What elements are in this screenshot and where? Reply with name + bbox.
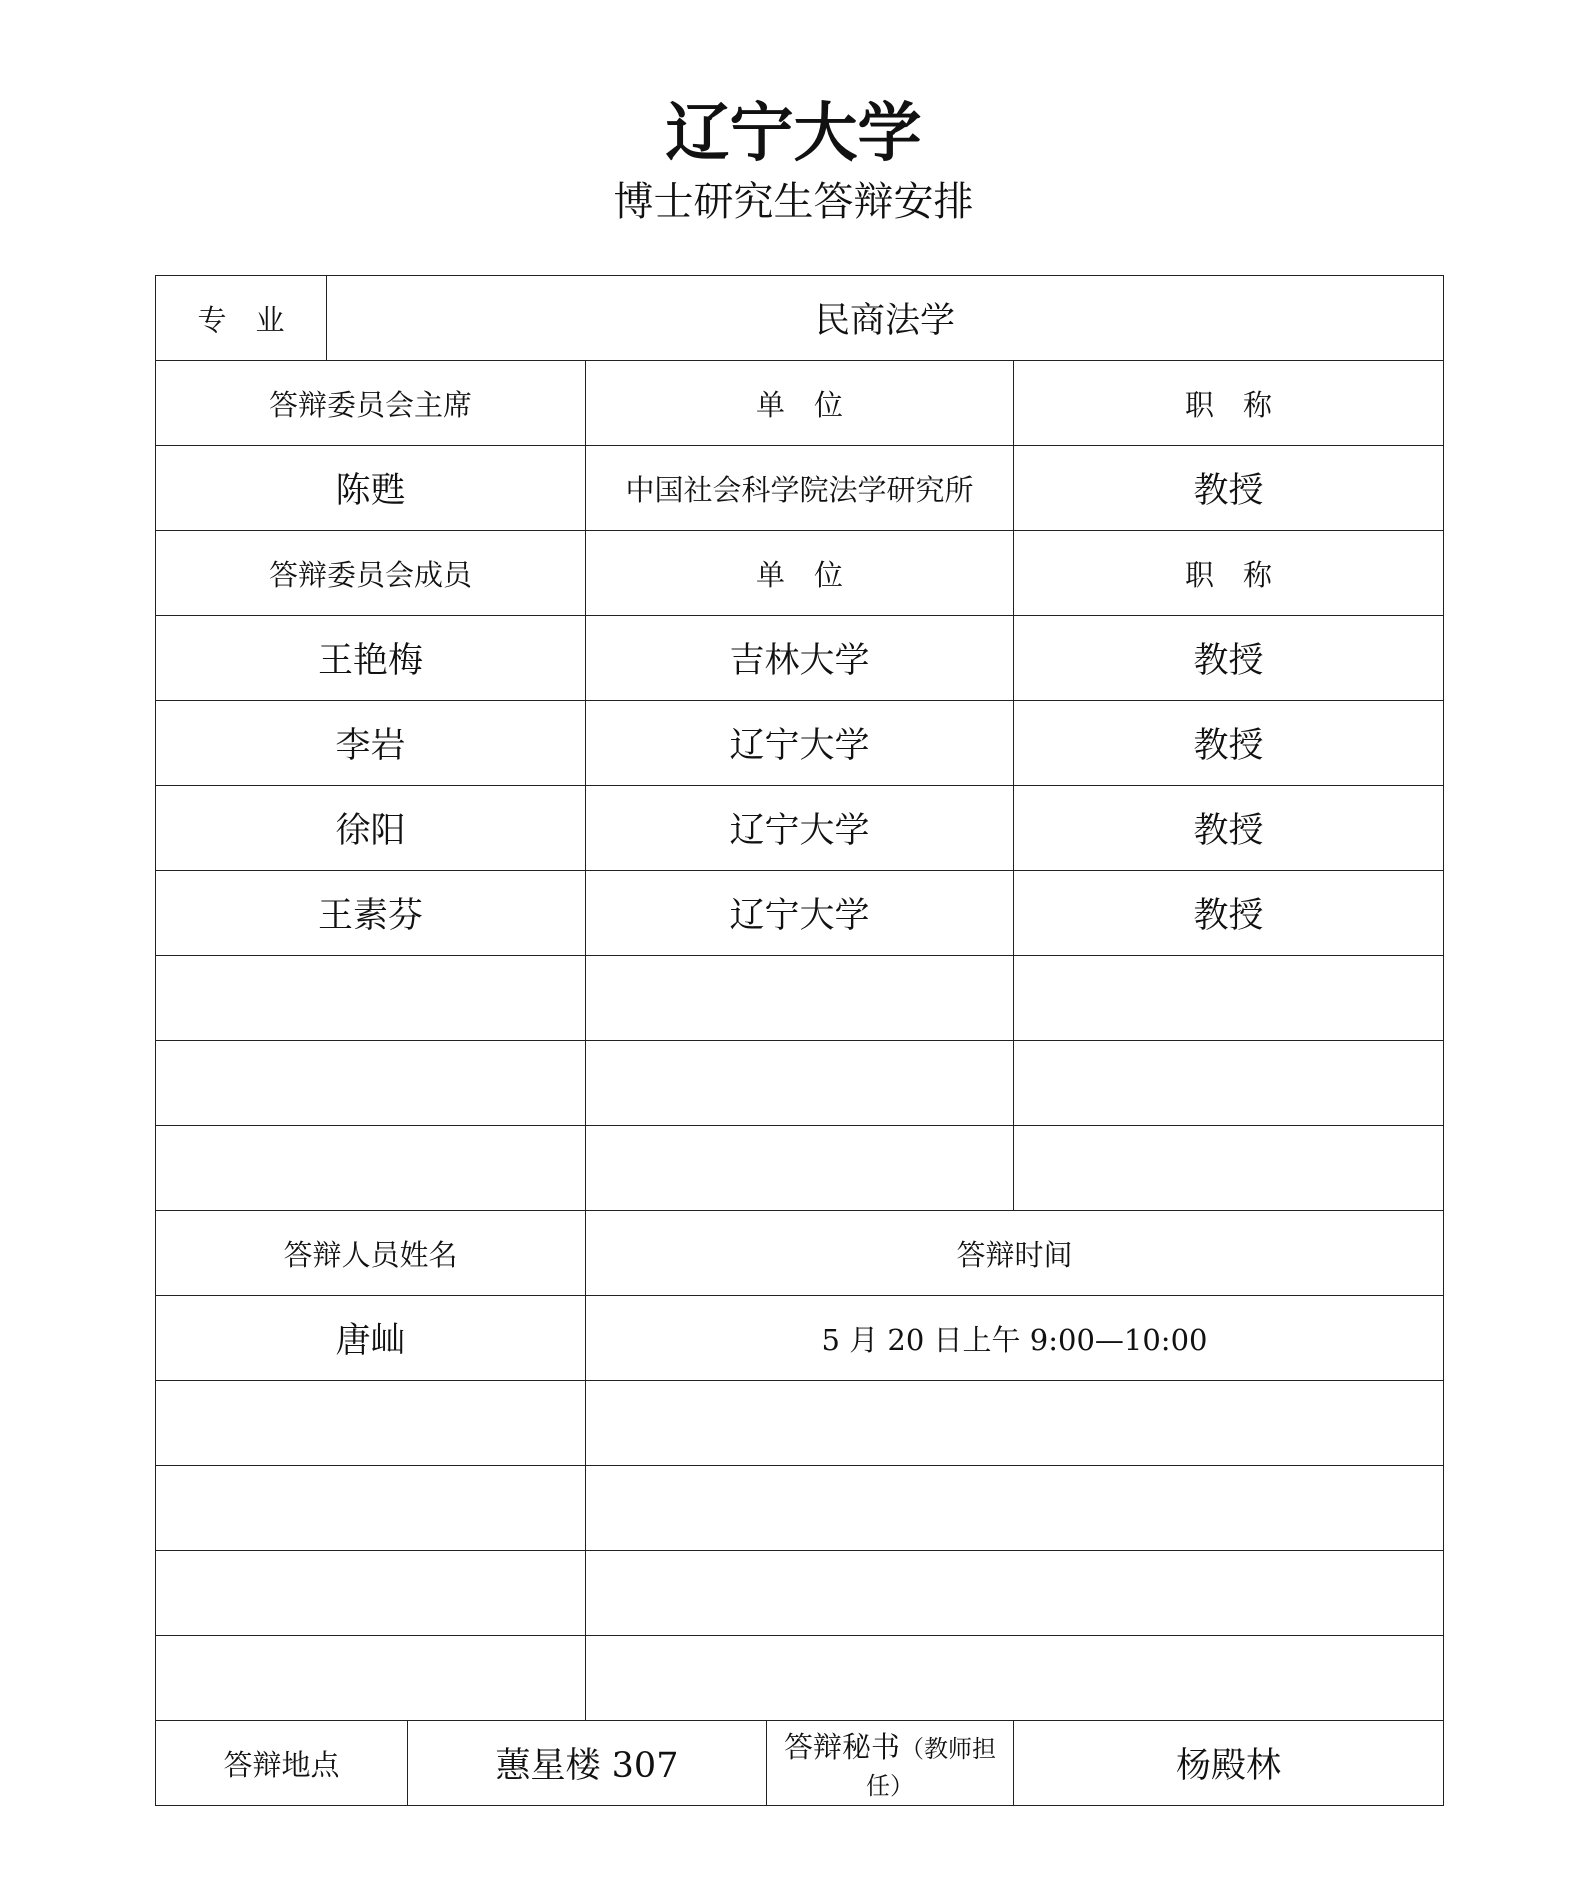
members-header-name: 答辩委员会成员 <box>156 531 586 616</box>
major-label: 专 业 <box>156 276 327 361</box>
empty-candidate-row <box>156 1551 1444 1636</box>
document-subtitle: 博士研究生答辩安排 <box>0 178 1587 226</box>
member-title: 教授 <box>1014 871 1444 956</box>
empty-cell <box>1014 1126 1444 1211</box>
location-value: 蕙星楼 307 <box>408 1721 767 1806</box>
empty-cell <box>156 1041 586 1126</box>
empty-cell <box>1014 1041 1444 1126</box>
chair-title: 教授 <box>1014 446 1444 531</box>
empty-cell <box>156 1466 586 1551</box>
member-row: 李岩 辽宁大学 教授 <box>156 701 1444 786</box>
chair-header-title: 职 称 <box>1014 361 1444 446</box>
document-title: 辽宁大学 <box>0 96 1587 172</box>
member-unit: 辽宁大学 <box>586 871 1014 956</box>
chair-header-name: 答辩委员会主席 <box>156 361 586 446</box>
members-header-unit: 单 位 <box>586 531 1014 616</box>
major-row: 专 业 民商法学 <box>156 276 1444 361</box>
candidates-header-time: 答辩时间 <box>586 1211 1444 1296</box>
members-header-title: 职 称 <box>1014 531 1444 616</box>
secretary-label-text: 答辩秘书 <box>784 1730 900 1764</box>
member-name: 徐阳 <box>156 786 586 871</box>
member-title: 教授 <box>1014 701 1444 786</box>
member-title: 教授 <box>1014 786 1444 871</box>
empty-cell <box>586 1381 1444 1466</box>
empty-cell <box>586 1041 1014 1126</box>
member-unit: 吉林大学 <box>586 616 1014 701</box>
empty-cell <box>1014 956 1444 1041</box>
chair-header-row: 答辩委员会主席 单 位 职 称 <box>156 361 1444 446</box>
secretary-value: 杨殿林 <box>1014 1721 1444 1806</box>
empty-cell <box>586 1126 1014 1211</box>
empty-cell <box>156 1551 586 1636</box>
chair-header-unit: 单 位 <box>586 361 1014 446</box>
member-row: 徐阳 辽宁大学 教授 <box>156 786 1444 871</box>
empty-cell <box>586 1636 1444 1721</box>
member-title: 教授 <box>1014 616 1444 701</box>
member-name: 王艳梅 <box>156 616 586 701</box>
major-value: 民商法学 <box>327 276 1444 361</box>
empty-member-row <box>156 956 1444 1041</box>
candidates-header-row: 答辩人员姓名 答辩时间 <box>156 1211 1444 1296</box>
empty-cell <box>156 1381 586 1466</box>
defense-schedule-table: 专 业 民商法学 答辩委员会主席 单 位 职 称 陈甦 中国社会科学院法学研究所… <box>155 275 1444 1806</box>
empty-candidate-row <box>156 1636 1444 1721</box>
footer-row: 答辩地点 蕙星楼 307 答辩秘书（教师担任） 杨殿林 <box>156 1721 1444 1806</box>
empty-member-row <box>156 1041 1444 1126</box>
empty-cell <box>586 1466 1444 1551</box>
candidates-header-name: 答辩人员姓名 <box>156 1211 586 1296</box>
chair-row: 陈甦 中国社会科学院法学研究所 教授 <box>156 446 1444 531</box>
member-name: 李岩 <box>156 701 586 786</box>
secretary-label: 答辩秘书（教师担任） <box>767 1721 1014 1806</box>
location-label: 答辩地点 <box>156 1721 408 1806</box>
empty-cell <box>586 1551 1444 1636</box>
empty-cell <box>156 1126 586 1211</box>
empty-cell <box>156 956 586 1041</box>
member-name: 王素芬 <box>156 871 586 956</box>
empty-candidate-row <box>156 1466 1444 1551</box>
empty-member-row <box>156 1126 1444 1211</box>
candidate-time: 5 月 20 日上午 9:00—10:00 <box>586 1296 1444 1381</box>
empty-cell <box>586 956 1014 1041</box>
chair-unit: 中国社会科学院法学研究所 <box>586 446 1014 531</box>
member-unit: 辽宁大学 <box>586 786 1014 871</box>
member-row: 王素芬 辽宁大学 教授 <box>156 871 1444 956</box>
candidate-name: 唐屾 <box>156 1296 586 1381</box>
members-header-row: 答辩委员会成员 单 位 职 称 <box>156 531 1444 616</box>
chair-name: 陈甦 <box>156 446 586 531</box>
member-unit: 辽宁大学 <box>586 701 1014 786</box>
candidate-row: 唐屾 5 月 20 日上午 9:00—10:00 <box>156 1296 1444 1381</box>
empty-candidate-row <box>156 1381 1444 1466</box>
member-row: 王艳梅 吉林大学 教授 <box>156 616 1444 701</box>
empty-cell <box>156 1636 586 1721</box>
